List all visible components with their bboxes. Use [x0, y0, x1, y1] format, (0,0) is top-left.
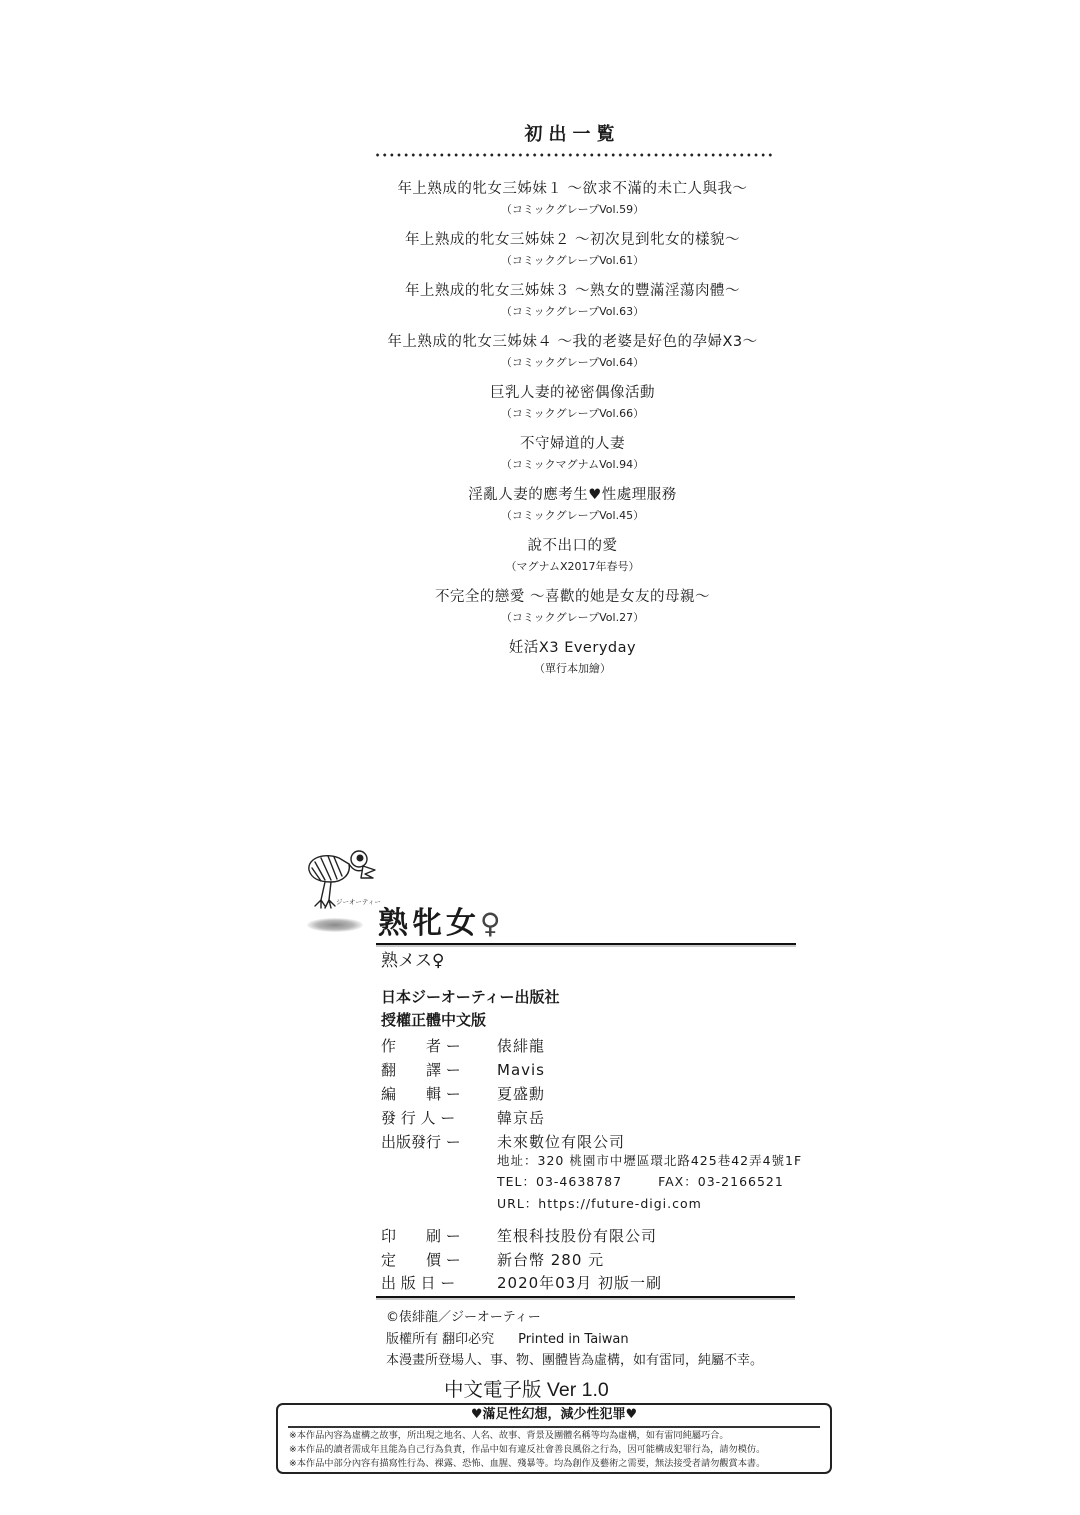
work-title: 妊活X3 Everyday: [0, 639, 1080, 657]
notice-line: ※本作品內容為虛構之故事，所出現之地名、人名、故事、背景及團體名稱等均為虛構，如…: [289, 1430, 729, 1442]
credit-label: 編 輯 ー: [381, 1084, 497, 1104]
work-title: 年上熟成的牝女三姊妹１ ～欲求不滿的未亡人與我～: [0, 180, 1080, 198]
publisher-tel: TEL：03-4638787: [497, 1174, 622, 1189]
credit-value: 新台幣 280 元: [497, 1251, 604, 1269]
list-item: 年上熟成的牝女三姊妹２ ～初次見到牝女的樣貌～ （コミックグレープVol.61）: [0, 231, 1080, 268]
publisher-fax: FAX：03-2166521: [658, 1174, 784, 1189]
credit-editor: 編 輯 ー夏盛勳: [381, 1084, 545, 1104]
logo-shadow: [307, 918, 363, 932]
work-source: （コミックグレープVol.59）: [0, 203, 1080, 217]
notice-line: ※本作品中部分內容有描寫性行為、裸露、恐怖、血腥、殘暴等。均為創作及藝術之需要，…: [289, 1458, 765, 1470]
fiction-disclaimer: 本漫畫所登場人、事、物、團體皆為虛構，如有雷同，純屬不幸。: [386, 1352, 763, 1369]
book-title: 熟牝女♀: [378, 906, 501, 942]
list-item: 年上熟成的牝女三姊妹１ ～欲求不滿的未亡人與我～ （コミックグレープVol.59…: [0, 180, 1080, 217]
list-item: 巨乳人妻的祕密偶像活動 （コミックグレープVol.66）: [0, 384, 1080, 421]
work-source: （單行本加繪）: [0, 662, 1080, 676]
copyright-line: ©俵緋龍／ジーオーティー: [386, 1309, 541, 1326]
credit-label: 出版發行 ー: [381, 1132, 497, 1152]
credit-publisher: 出版發行 ー未來數位有限公司: [381, 1132, 625, 1152]
work-title: 年上熟成的牝女三姊妹３ ～熟女的豐滿淫蕩肉體～: [0, 282, 1080, 300]
credit-issuer: 發 行 人 ー韓京岳: [381, 1108, 545, 1128]
publisher-url[interactable]: URL：https://future-digi.com: [497, 1196, 702, 1212]
book-title-text: 熟牝女: [378, 906, 480, 941]
credit-value: Mavis: [497, 1061, 545, 1079]
first-appearance-heading: 初出一覧: [0, 120, 1080, 146]
credit-value: 2020年03月 初版一刷: [497, 1274, 662, 1292]
credit-label: 出 版 日 ー: [381, 1273, 497, 1293]
notice-divider: [288, 1426, 820, 1428]
list-item: 不完全的戀愛 ～喜歡的她是女友的母親～ （コミックグレープVol.27）: [0, 588, 1080, 625]
publisher-contact: TEL：03-4638787FAX：03-2166521: [497, 1174, 784, 1190]
credit-value: 未來數位有限公司: [497, 1133, 625, 1151]
work-title: 年上熟成的牝女三姊妹２ ～初次見到牝女的樣貌～: [0, 231, 1080, 249]
list-item: 說不出口的愛 （マグナムX2017年春号）: [0, 537, 1080, 574]
rights-text: 版權所有 翻印必究: [386, 1332, 494, 1347]
credit-price: 定 價 ー新台幣 280 元: [381, 1250, 604, 1270]
work-title: 年上熟成的牝女三姊妹４ ～我的老婆是好色的孕婦X3～: [0, 333, 1080, 351]
credit-author: 作 者 ー俵緋龍: [381, 1036, 545, 1056]
female-symbol-icon: ♀: [480, 907, 501, 940]
credit-pubdate: 出 版 日 ー2020年03月 初版一刷: [381, 1273, 662, 1293]
credit-translator: 翻 譯 ーMavis: [381, 1060, 545, 1080]
printed-in: Printed in Taiwan: [518, 1332, 628, 1347]
work-title: 不守婦道的人妻: [0, 435, 1080, 453]
license-statement: 授權正體中文版: [381, 1010, 486, 1030]
original-title: 熟メス♀: [381, 950, 444, 972]
work-title: 巨乳人妻的祕密偶像活動: [0, 384, 1080, 402]
list-item: 年上熟成的牝女三姊妹４ ～我的老婆是好色的孕婦X3～ （コミックグレープVol.…: [0, 333, 1080, 370]
credit-label: 發 行 人 ー: [381, 1108, 497, 1128]
credit-value: 俵緋龍: [497, 1037, 545, 1055]
notice-title: ♥滿足性幻想，減少性犯罪♥: [276, 1406, 832, 1423]
credit-label: 印 刷 ー: [381, 1226, 497, 1246]
work-source: （コミックマグナムVol.94）: [0, 458, 1080, 472]
credit-printer: 印 刷 ー笙根科技股份有限公司: [381, 1226, 657, 1246]
dotted-divider: [374, 153, 772, 157]
publisher-address: 地址：320 桃園市中壢區環北路425巷42弄4號1F: [497, 1153, 802, 1169]
credit-value: 笙根科技股份有限公司: [497, 1227, 657, 1245]
bird-logo-icon: [303, 848, 383, 918]
ebook-version: 中文電子版 Ver 1.0: [444, 1378, 609, 1402]
list-item: 妊活X3 Everyday （單行本加繪）: [0, 639, 1080, 676]
list-item: 年上熟成的牝女三姊妹３ ～熟女的豐滿淫蕩肉體～ （コミックグレープVol.63）: [0, 282, 1080, 319]
list-item: 淫亂人妻的應考生♥性處理服務 （コミックグレープVol.45）: [0, 486, 1080, 523]
work-source: （マグナムX2017年春号）: [0, 560, 1080, 574]
work-source: （コミックグレープVol.66）: [0, 407, 1080, 421]
notice-line: ※本作品的讀者需成年且能為自己行為負責，作品中如有違反社會善良風俗之行為，因可能…: [289, 1444, 765, 1456]
work-source: （コミックグレープVol.64）: [0, 356, 1080, 370]
work-source: （コミックグレープVol.45）: [0, 509, 1080, 523]
title-divider: [376, 943, 796, 945]
work-source: （コミックグレープVol.27）: [0, 611, 1080, 625]
rights-line: 版權所有 翻印必究Printed in Taiwan: [386, 1331, 629, 1348]
credit-value: 夏盛勳: [497, 1085, 545, 1103]
licensor: 日本ジーオーティー出版社: [381, 987, 560, 1007]
credit-value: 韓京岳: [497, 1109, 545, 1127]
work-title: 說不出口的愛: [0, 537, 1080, 555]
work-source: （コミックグレープVol.63）: [0, 305, 1080, 319]
work-title: 不完全的戀愛 ～喜歡的她是女友的母親～: [0, 588, 1080, 606]
logo-label: ジーオーティー: [336, 897, 381, 906]
credit-label: 定 價 ー: [381, 1250, 497, 1270]
credit-label: 作 者 ー: [381, 1036, 497, 1056]
work-title: 淫亂人妻的應考生♥性處理服務: [0, 486, 1080, 504]
credit-label: 翻 譯 ー: [381, 1060, 497, 1080]
list-item: 不守婦道的人妻 （コミックマグナムVol.94）: [0, 435, 1080, 472]
colophon-divider: [376, 1296, 795, 1298]
work-source: （コミックグレープVol.61）: [0, 254, 1080, 268]
